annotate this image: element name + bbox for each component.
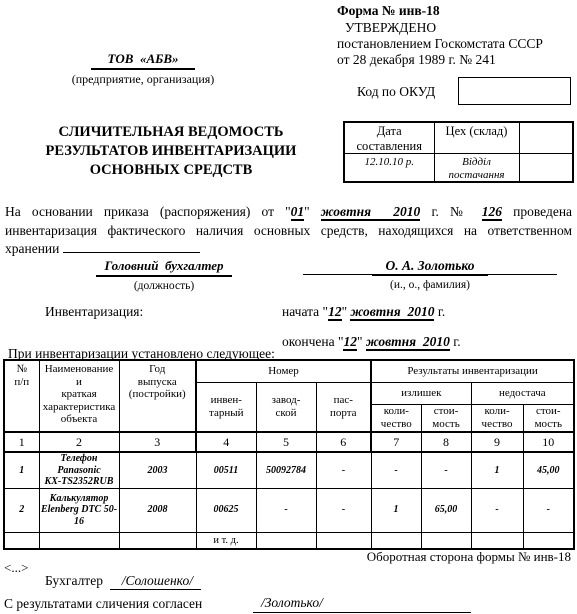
accountant-label: Бухгалтер: [45, 573, 103, 588]
col-header-shortage-cost: стои- мость: [523, 404, 574, 432]
order-month-year: жовтня 2010: [321, 204, 421, 221]
end-month: жовтня 2010: [366, 334, 450, 351]
col-num: 3: [119, 432, 196, 452]
blank-line: [63, 240, 200, 253]
col-group-number: Номер: [196, 360, 371, 382]
col-header-shortage-qty: коли- чество: [471, 404, 523, 432]
col-header-year: Год выпуска (постройки): [119, 360, 196, 432]
col-group-shortage: недостача: [471, 382, 574, 404]
cell-factory-no: -: [256, 488, 316, 532]
start-text: ": [342, 304, 348, 319]
order-text: ": [304, 204, 310, 219]
start-month: жовтня 2010: [350, 304, 434, 321]
end-text: ": [357, 334, 363, 349]
table-row: 1 Телефон Panasonic KX-TS2352RUB 2003 00…: [4, 452, 574, 488]
table-row-etc: и т. д.: [4, 532, 574, 549]
col-num: 2: [39, 432, 119, 452]
inventory-start-date: начата "12" жовтня 2010 г.: [282, 304, 445, 320]
agreement-label: С результатами сличения согласен: [4, 596, 202, 612]
cell-year: 2008: [119, 488, 196, 532]
date-value-cell: 12.10.10 р.: [344, 154, 434, 183]
cell-shortage-cost: 45,00: [523, 452, 574, 488]
order-text: г. №: [431, 204, 470, 219]
cell-passport-no: -: [316, 452, 371, 488]
department-value-cell: Відділ постачання: [434, 154, 519, 183]
cell-surplus-cost: -: [421, 452, 471, 488]
order-line-2: инвентаризация фактического наличия осно…: [5, 222, 572, 241]
responsible-position: Головний бухгалтер: [96, 258, 231, 277]
start-text: начата ": [282, 304, 328, 319]
cell-name: Калькулятор Elenberg DTC 50- 16: [39, 488, 119, 532]
order-text: На основании приказа (распоряжения) от ": [5, 204, 291, 219]
accountant-signature: /Солошенко/: [110, 573, 201, 590]
cell-surplus-qty: -: [371, 452, 421, 488]
col-num: 10: [523, 432, 574, 452]
cell-num: 2: [4, 488, 39, 532]
col-num: 1: [4, 432, 39, 452]
cell-inventory-no: 00511: [196, 452, 256, 488]
inventory-form-page: Форма № инв-18 УТВЕРЖДЕНО постановлением…: [0, 0, 577, 614]
accountant-signature-row: Бухгалтер /Солошенко/: [45, 573, 201, 589]
end-text: г.: [453, 334, 460, 349]
col-group-results: Результаты инвентаризации: [371, 360, 574, 382]
okud-label: Код по ОКУД: [357, 84, 435, 100]
end-day: 12: [343, 334, 357, 351]
date-header-cell: Дата составления: [344, 122, 434, 154]
department-header-cell: Цех (склад): [434, 122, 519, 154]
cell-shortage-cost: [523, 532, 574, 549]
inventory-results-table: № п/п Наименование и краткая характерист…: [3, 359, 575, 550]
cell-factory-no: [256, 532, 316, 549]
col-header-factory-no: завод- ской: [256, 382, 316, 432]
start-text: г.: [438, 304, 445, 319]
end-text: окончена ": [282, 334, 343, 349]
cell-shortage-qty: -: [471, 488, 523, 532]
cell-inventory-no: 00625: [196, 488, 256, 532]
empty-value-cell: [519, 154, 573, 183]
cell-factory-no: 50092784: [256, 452, 316, 488]
responsible-name-block: О. А. Золотько: [303, 257, 557, 275]
cell-num: [4, 532, 39, 549]
storage-label: хранении: [5, 241, 59, 256]
column-numbers-row: 1 2 3 4 5 6 7 8 9 10: [4, 432, 574, 452]
col-header-num: № п/п: [4, 360, 39, 432]
title-line-3: ОСНОВНЫХ СРЕДСТВ: [15, 161, 327, 180]
cell-surplus-qty: [371, 532, 421, 549]
empty-header-cell: [519, 122, 573, 154]
date-department-table: Дата составления Цех (склад) 12.10.10 р.…: [343, 121, 574, 183]
cell-shortage-cost: -: [523, 488, 574, 532]
col-header-surplus-qty: коли- чество: [371, 404, 421, 432]
responsible-position-block: Головний бухгалтер (должность): [80, 257, 248, 292]
order-day: 01: [291, 204, 305, 221]
organization-caption: (предприятие, организация): [36, 72, 250, 87]
cell-passport-no: [316, 532, 371, 549]
approved-by: постановлением Госкомстата СССР: [337, 36, 543, 52]
col-group-surplus: излишек: [371, 382, 471, 404]
cell-shortage-qty: [471, 532, 523, 549]
inventory-label: Инвентаризация:: [45, 304, 143, 320]
cell-passport-no: -: [316, 488, 371, 532]
col-num: 8: [421, 432, 471, 452]
col-header-inventory-no: инвен- тарный: [196, 382, 256, 432]
organization-block: ТОВ «АБВ» (предприятие, организация): [36, 50, 250, 87]
cell-shortage-qty: 1: [471, 452, 523, 488]
okud-code-box: [458, 77, 571, 105]
title-line-2: РЕЗУЛЬТАТОВ ИНВЕНТАРИЗАЦИИ: [15, 142, 327, 161]
form-number: Форма № инв-18: [337, 3, 440, 19]
inventory-end-date: окончена "12" жовтня 2010 г.: [282, 334, 461, 350]
approved-label: УТВЕРЖДЕНО: [345, 20, 436, 36]
col-num: 5: [256, 432, 316, 452]
position-caption: (должность): [80, 280, 248, 292]
order-text: проведена: [513, 204, 572, 219]
cell-surplus-cost: [421, 532, 471, 549]
order-line-3: хранении: [5, 240, 572, 259]
cell-name: Телефон Panasonic KX-TS2352RUB: [39, 452, 119, 488]
approved-date: от 28 декабря 1989 г. № 241: [337, 52, 496, 68]
cell-num: 1: [4, 452, 39, 488]
cell-etc: и т. д.: [196, 532, 256, 549]
order-line-1: На основании приказа (распоряжения) от "…: [5, 203, 572, 222]
name-caption: (и., о., фамилия): [303, 279, 557, 291]
organization-name: ТОВ «АБВ»: [91, 51, 194, 70]
cell-year: 2003: [119, 452, 196, 488]
col-num: 6: [316, 432, 371, 452]
cell-surplus-cost: 65,00: [421, 488, 471, 532]
responsible-name: О. А. Золотько: [372, 258, 489, 276]
col-header-name: Наименование и краткая характеристика об…: [39, 360, 119, 432]
table-row: 2 Калькулятор Elenberg DTC 50- 16 2008 0…: [4, 488, 574, 532]
col-header-passport-no: пас- порта: [316, 382, 371, 432]
document-title: СЛИЧИТЕЛЬНАЯ ВЕДОМОСТЬ РЕЗУЛЬТАТОВ ИНВЕН…: [15, 123, 327, 180]
order-paragraph: На основании приказа (распоряжения) от "…: [5, 203, 572, 259]
reverse-side-note: Оборотная сторона формы № инв-18: [367, 549, 571, 565]
cell-surplus-qty: 1: [371, 488, 421, 532]
agreement-signature-line: /Золотько/: [253, 595, 471, 613]
col-header-surplus-cost: стои- мость: [421, 404, 471, 432]
cell-name: [39, 532, 119, 549]
title-line-1: СЛИЧИТЕЛЬНАЯ ВЕДОМОСТЬ: [15, 123, 327, 142]
col-num: 4: [196, 432, 256, 452]
omitted-content-marker: <...>: [4, 560, 28, 576]
start-day: 12: [328, 304, 342, 321]
cell-year: [119, 532, 196, 549]
col-num: 9: [471, 432, 523, 452]
order-number: 126: [482, 204, 502, 221]
agreement-signature: /Золотько/: [253, 595, 323, 610]
col-num: 7: [371, 432, 421, 452]
